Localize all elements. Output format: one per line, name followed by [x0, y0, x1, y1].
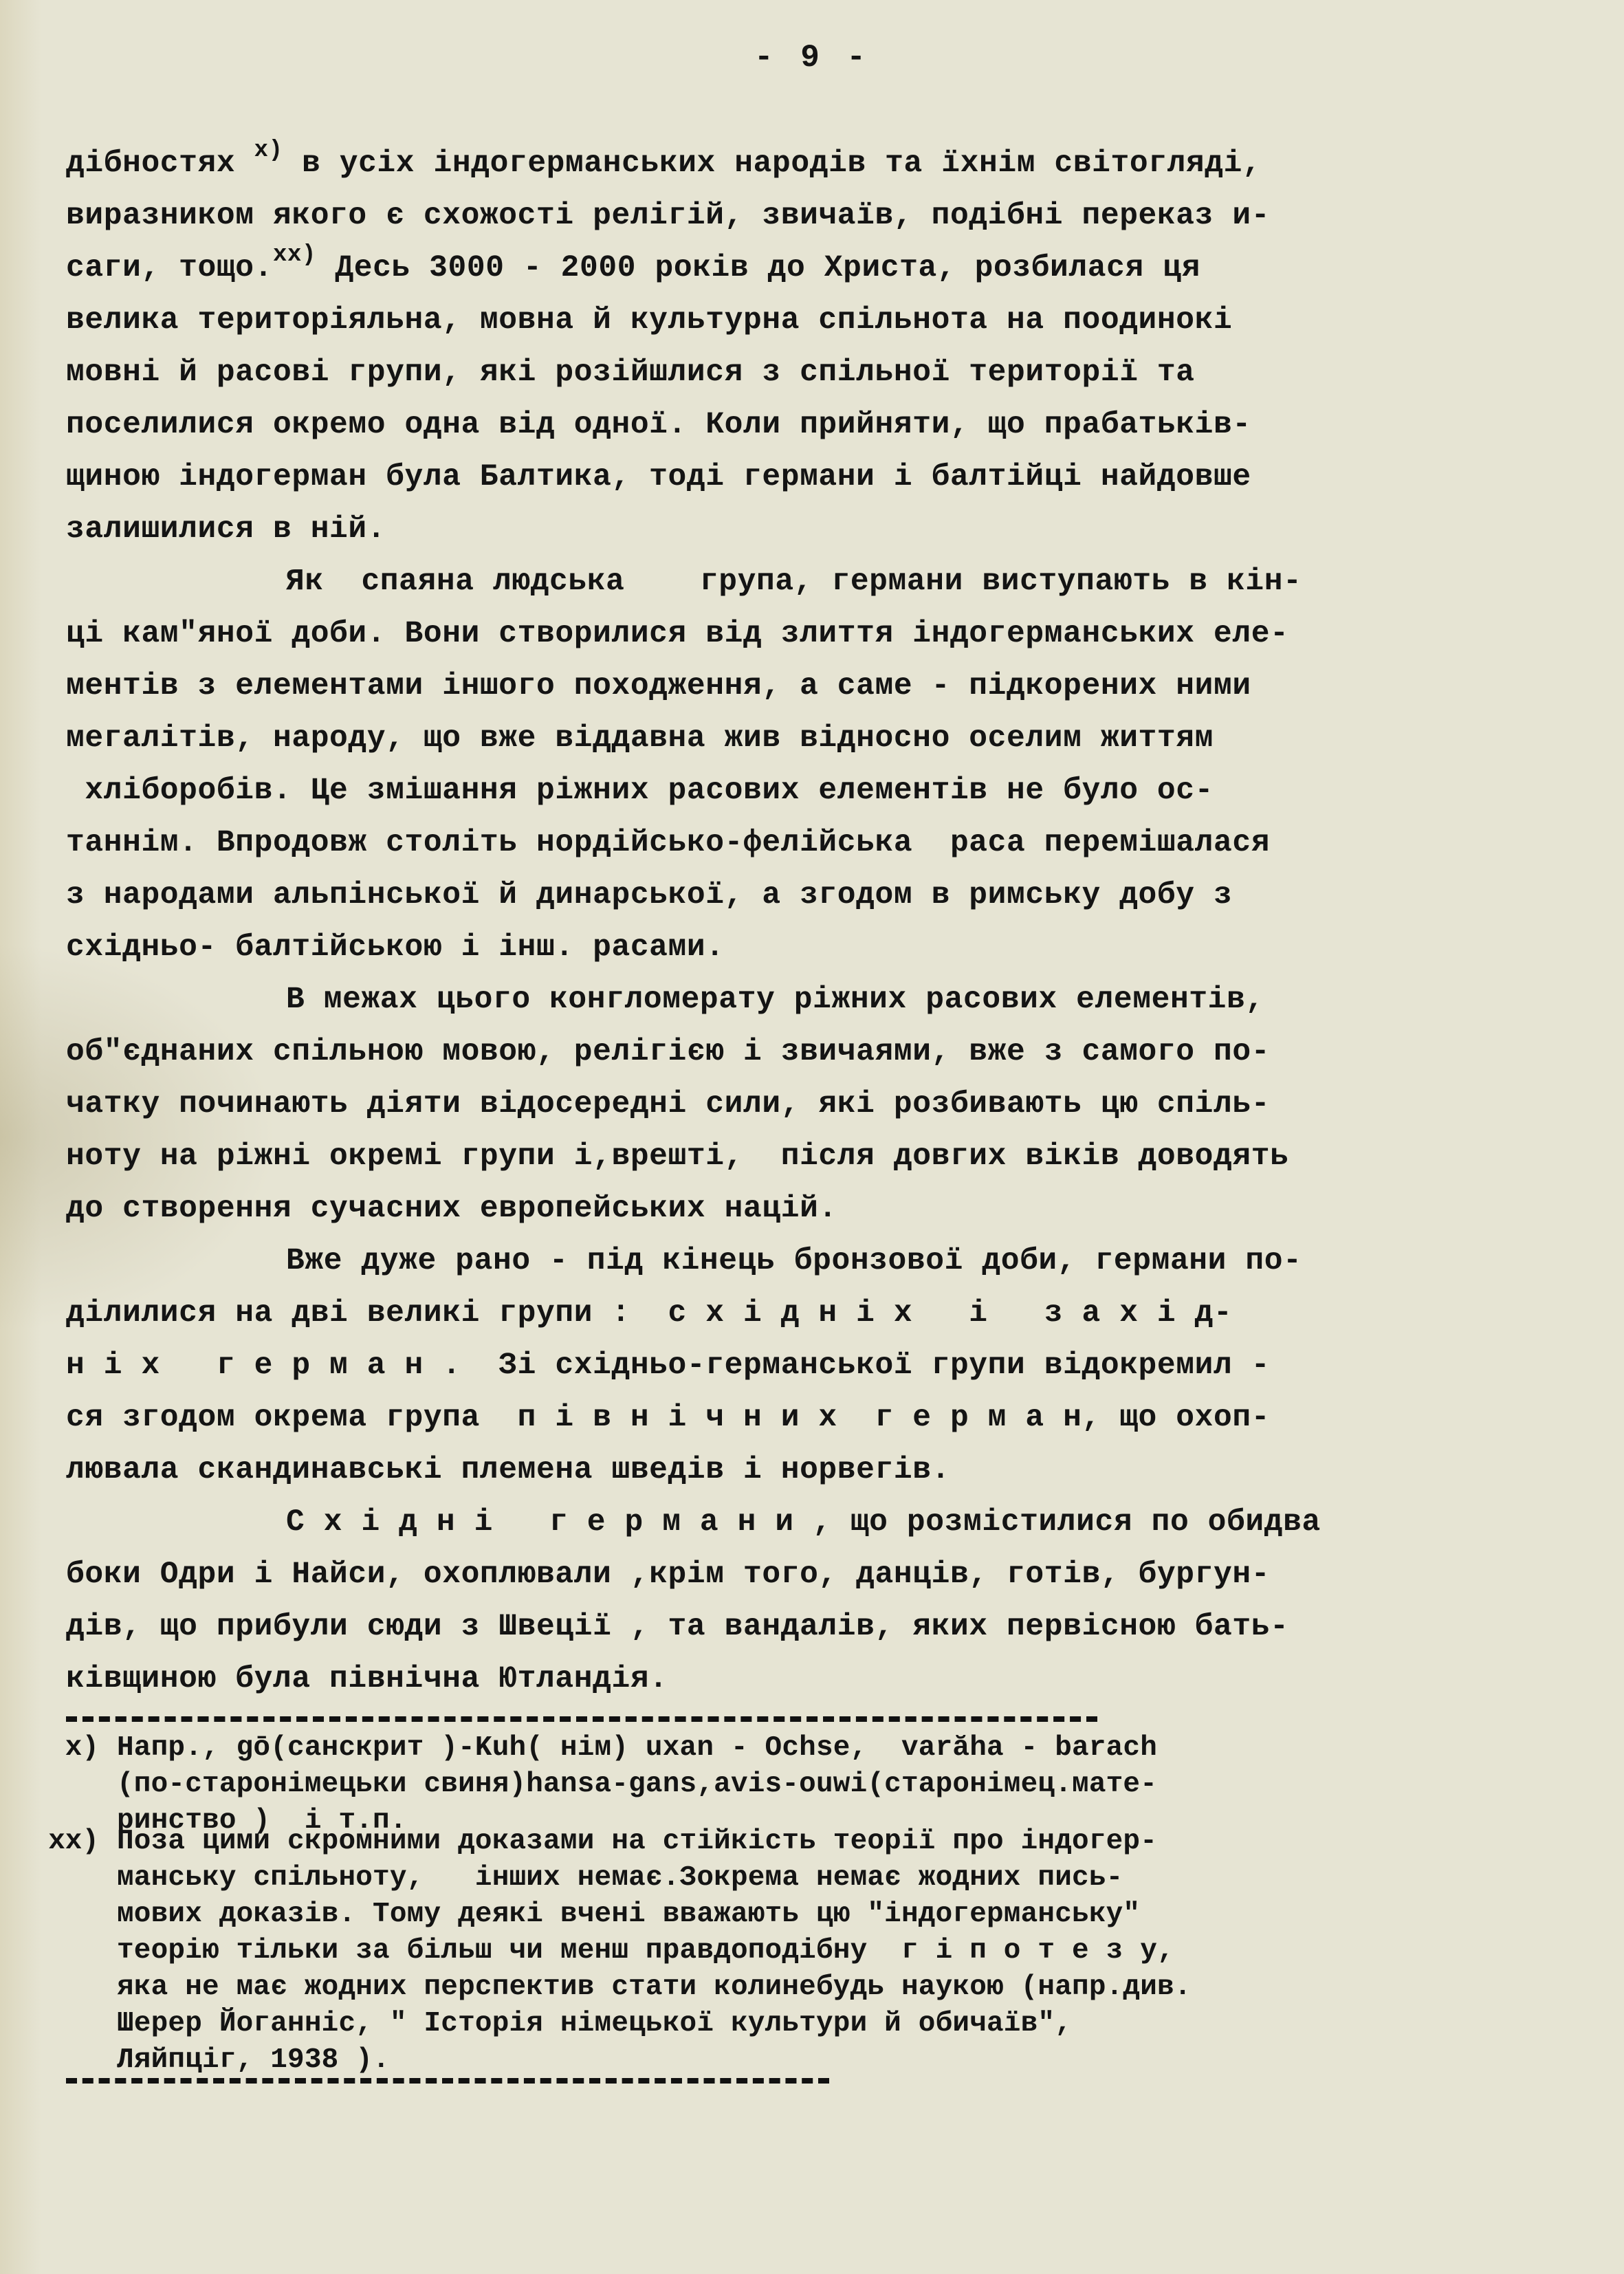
line-text: об"єднаних спільною мовою, релігією і зв… [66, 1035, 1270, 1069]
text-line: ментів з елементами іншого походження, а… [66, 660, 1599, 712]
line-text: поселилися окремо одна від одної. Коли п… [66, 408, 1251, 442]
line-text: мегалітів, народу, що вже віддавна жив в… [66, 721, 1214, 756]
line-text: Як спаяна людська група, германи виступа… [286, 565, 1302, 599]
line-text: лювала скандинавські племена шведів і но… [66, 1453, 950, 1487]
footnote-mark: x) [41, 1730, 117, 1824]
line-text: саги, тощо. [66, 251, 273, 285]
text-line: велика територіяльна, мовна й культурна … [66, 294, 1599, 347]
text-line: мегалітів, народу, що вже віддавна жив в… [66, 712, 1599, 765]
line-text: боки Одри і Найси, охоплювали ,крім того… [66, 1557, 1270, 1592]
line-text: В межах цього конгломерату ріжних расови… [286, 983, 1264, 1017]
footnote-body: Напр., gō(санскрит )-Kuh( нім) uxan - Oc… [117, 1730, 1602, 1824]
line-text: чатку починають діяти відосередні сили, … [66, 1087, 1270, 1122]
text-line: мовні й расові групи, які розійшлися з с… [66, 347, 1599, 399]
footnote-line: яка не має жодних перспектив стати колин… [117, 1969, 1602, 2006]
footnote-line: Поза цими скромними доказами на стійкіст… [117, 1824, 1602, 1860]
text-line: виразником якого є схожості релігій, зви… [66, 190, 1599, 242]
text-line: ці кам"яної доби. Вони створилися від зл… [66, 608, 1599, 660]
line-text: з народами альпінської й динарської, а з… [66, 878, 1232, 912]
footnote-separator-top [66, 1716, 1097, 1722]
footnote-body: Поза цими скромними доказами на стійкіст… [117, 1824, 1602, 2079]
line-text: хліборобів. Це змішання ріжних расових е… [66, 774, 1214, 808]
line-text: таннім. Впродовж століть нордійсько-фелі… [66, 826, 1270, 860]
footnotes: x)Напр., gō(санскрит )-Kuh( нім) uxan - … [41, 1730, 1602, 2079]
line-text: мовні й расові групи, які розійшлися з с… [66, 356, 1195, 390]
text-line: В межах цього конгломерату ріжних расови… [66, 974, 1599, 1026]
text-line: з народами альпінської й динарської, а з… [66, 869, 1599, 921]
line-text: ці кам"яної доби. Вони створилися від зл… [66, 617, 1288, 651]
footnote-reference: x) [254, 138, 283, 164]
footnote-line: мових доказів. Тому деякі вчені вважають… [117, 1896, 1602, 1933]
line-text: Вже дуже рано - під кінець бронзової доб… [286, 1244, 1302, 1278]
typewritten-page: - 9 - дібностях x) в усіх індогерманськи… [0, 0, 1624, 2274]
text-line: саги, тощо.xx) Десь 3000 - 2000 років до… [66, 242, 1599, 294]
text-line: н і х г е р м а н . Зі східньо-германськ… [66, 1340, 1599, 1392]
text-line: ся згодом окрема група п і в н і ч н и х… [66, 1392, 1599, 1444]
footnote-line: манську спільноту, інших немає.Зокрема н… [117, 1860, 1602, 1896]
text-line: боки Одри і Найси, охоплювали ,крім того… [66, 1549, 1599, 1601]
text-line: залишилися в ній. [66, 503, 1599, 556]
main-text: дібностях x) в усіх індогерманських наро… [66, 138, 1599, 1705]
text-line: таннім. Впродовж століть нордійсько-фелі… [66, 817, 1599, 869]
text-line: хліборобів. Це змішання ріжних расових е… [66, 765, 1599, 817]
text-line: С х і д н і г е р м а н и , що розмістил… [66, 1496, 1599, 1549]
footnote-reference: xx) [273, 242, 316, 268]
text-line: об"єднаних спільною мовою, релігією і зв… [66, 1026, 1599, 1078]
text-line: ноту на ріжні окремі групи і,врешті, піс… [66, 1130, 1599, 1183]
text-line: щиною індогерман була Балтика, тоді герм… [66, 451, 1599, 503]
text-line: Як спаяна людська група, германи виступа… [66, 556, 1599, 608]
line-text: східньо- балтійською і інш. расами. [66, 930, 725, 965]
line-text: С х і д н і г е р м а н и , що розмістил… [286, 1505, 1321, 1540]
line-text: дібностях [66, 146, 254, 181]
text-line: до створення сучасних европейських націй… [66, 1183, 1599, 1235]
page-number: - 9 - [0, 40, 1624, 76]
line-text: до створення сучасних европейських націй… [66, 1192, 837, 1226]
footnote-mark: xx) [41, 1824, 117, 2079]
footnote-line: Ляйпціг, 1938 ). [117, 2042, 1602, 2079]
text-line: дів, що прибули сюди з Швеції , та ванда… [66, 1601, 1599, 1653]
footnote-line: Шерер Йоганніс, " Історія німецької куль… [117, 2006, 1602, 2042]
text-line: чатку починають діяти відосередні сили, … [66, 1078, 1599, 1130]
line-text: ківщиною була північна Ютландія. [66, 1662, 668, 1696]
line-text: виразником якого є схожості релігій, зви… [66, 199, 1270, 233]
footnote-line: ринство ) і т.п. [117, 1803, 1602, 1824]
text-line: ківщиною була північна Ютландія. [66, 1653, 1599, 1705]
text-line: поселилися окремо одна від одної. Коли п… [66, 399, 1599, 451]
line-text: ментів з елементами іншого походження, а… [66, 669, 1251, 703]
text-line: ділилися на дві великі групи : с х і д н… [66, 1287, 1599, 1340]
text-line: дібностях x) в усіх індогерманських наро… [66, 138, 1599, 190]
footnote-line: теорію тільки за більш чи менш правдопод… [117, 1933, 1602, 1969]
line-text: н і х г е р м а н . Зі східньо-германськ… [66, 1348, 1270, 1383]
line-text-continued: Десь 3000 - 2000 років до Христа, розбил… [316, 251, 1200, 285]
text-line: лювала скандинавські племена шведів і но… [66, 1444, 1599, 1496]
line-text: ноту на ріжні окремі групи і,врешті, піс… [66, 1139, 1288, 1174]
footnote: x)Напр., gō(санскрит )-Kuh( нім) uxan - … [41, 1730, 1602, 1824]
line-text: залишилися в ній. [66, 512, 386, 547]
line-text: ділилися на дві великі групи : с х і д н… [66, 1296, 1232, 1331]
line-text: велика територіяльна, мовна й культурна … [66, 303, 1232, 338]
line-text: ся згодом окрема група п і в н і ч н и х… [66, 1401, 1270, 1435]
text-line: Вже дуже рано - під кінець бронзової доб… [66, 1235, 1599, 1287]
line-text-continued: в усіх індогерманських народів та їхнім … [283, 146, 1262, 181]
line-text: дів, що прибули сюди з Швеції , та ванда… [66, 1610, 1288, 1644]
footnote: xx)Поза цими скромними доказами на стійк… [41, 1824, 1602, 2079]
footnote-line: (по-старонімецьки свиня)hansa-gans,avis-… [117, 1767, 1602, 1803]
footnote-separator-bottom [66, 2078, 829, 2084]
text-line: східньо- балтійською і інш. расами. [66, 921, 1599, 974]
footnote-line: Напр., gō(санскрит )-Kuh( нім) uxan - Oc… [117, 1730, 1602, 1767]
line-text: щиною індогерман була Балтика, тоді герм… [66, 460, 1251, 494]
